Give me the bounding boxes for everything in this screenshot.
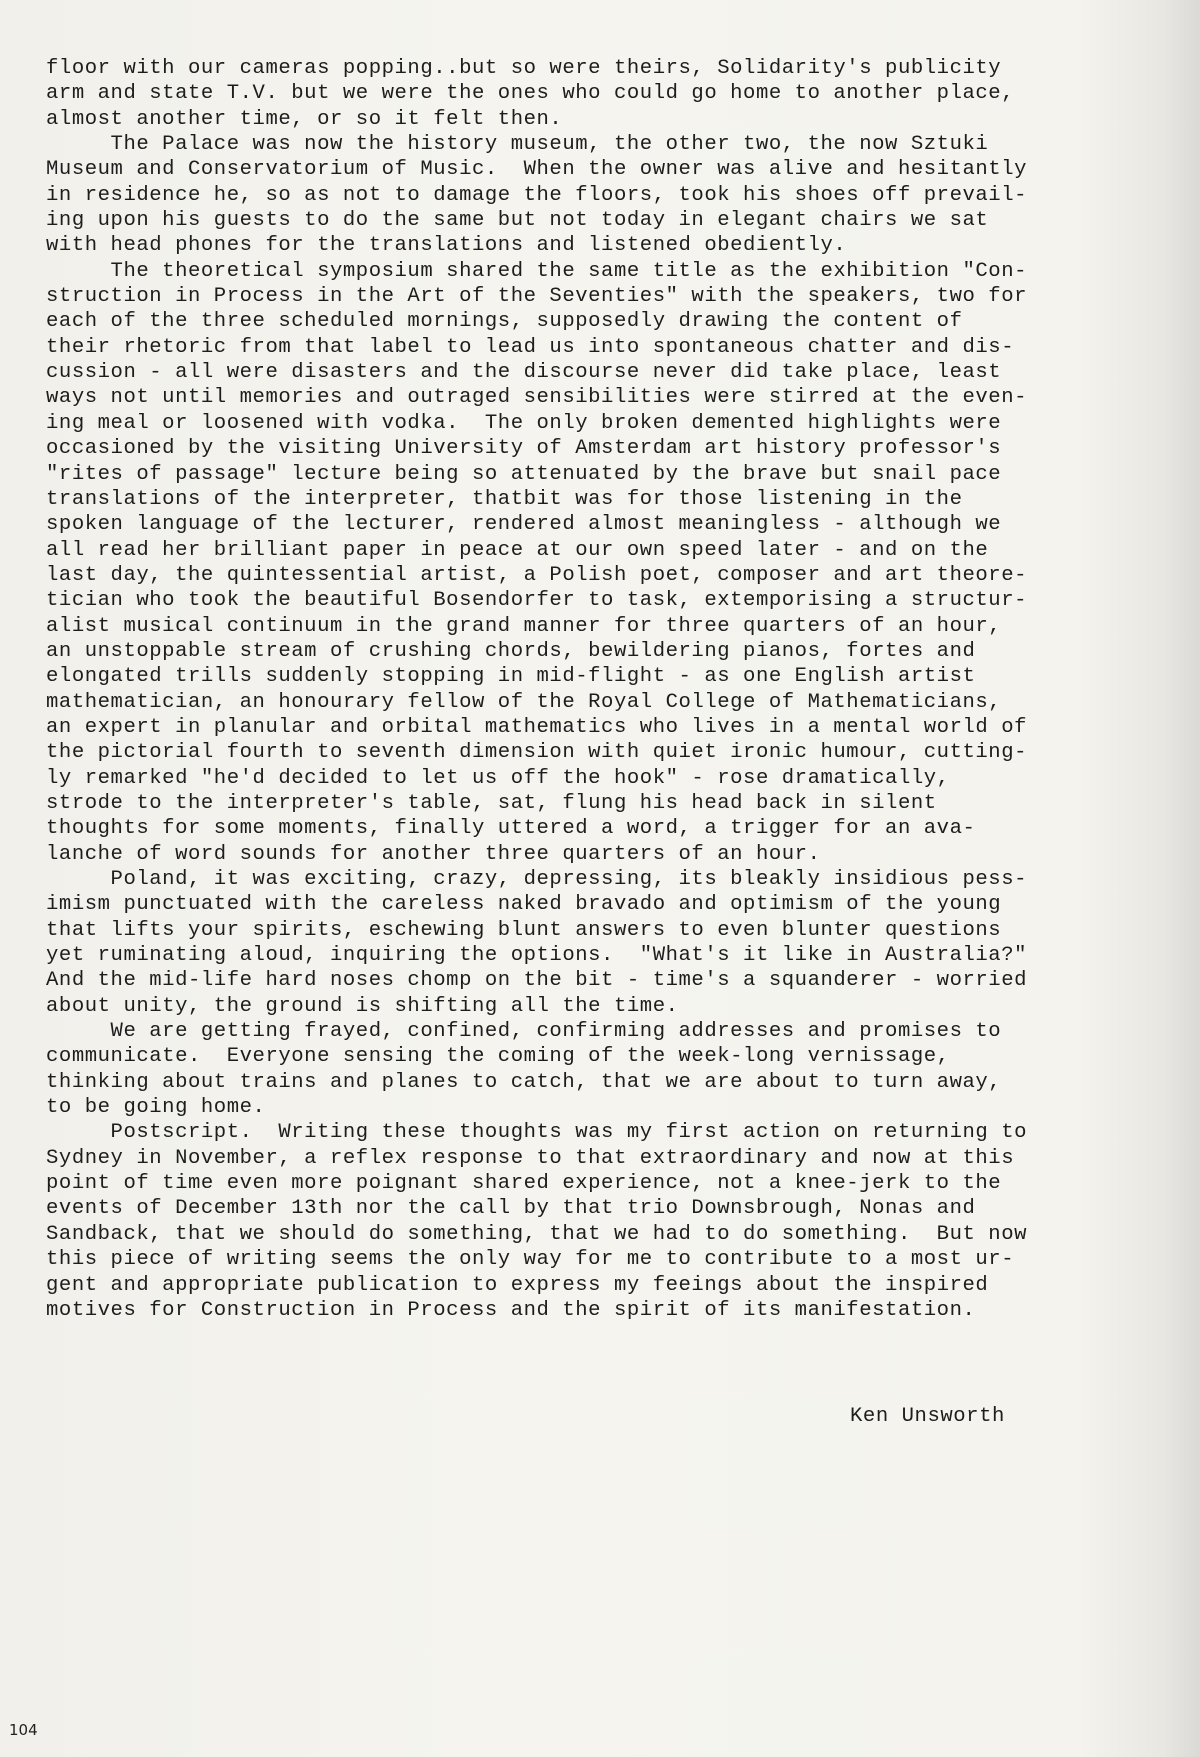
- text-line: with head phones for the translations an…: [46, 233, 1200, 258]
- text-line: an unstoppable stream of crushing chords…: [46, 639, 1200, 664]
- text-line: strode to the interpreter's table, sat, …: [46, 791, 1200, 816]
- text-line: floor with our cameras popping..but so w…: [46, 56, 1200, 81]
- document-page: floor with our cameras popping..but so w…: [0, 0, 1200, 1757]
- text-line: cussion - all were disasters and the dis…: [46, 360, 1200, 385]
- text-line: events of December 13th nor the call by …: [46, 1196, 1200, 1221]
- text-line: an expert in planular and orbital mathem…: [46, 715, 1200, 740]
- text-line: We are getting frayed, confined, confirm…: [46, 1019, 1200, 1044]
- text-line: their rhetoric from that label to lead u…: [46, 335, 1200, 360]
- author-signature: Ken Unsworth: [850, 1405, 1005, 1428]
- text-line: all read her brilliant paper in peace at…: [46, 538, 1200, 563]
- text-line: And the mid-life hard noses chomp on the…: [46, 968, 1200, 993]
- text-line: that lifts your spirits, eschewing blunt…: [46, 918, 1200, 943]
- text-line: ly remarked "he'd decided to let us off …: [46, 766, 1200, 791]
- text-line: tician who took the beautiful Bosendorfe…: [46, 588, 1200, 613]
- text-line: Poland, it was exciting, crazy, depressi…: [46, 867, 1200, 892]
- text-line: thoughts for some moments, finally utter…: [46, 816, 1200, 841]
- text-line: thinking about trains and planes to catc…: [46, 1070, 1200, 1095]
- text-line: Sandback, that we should do something, t…: [46, 1222, 1200, 1247]
- text-line: last day, the quintessential artist, a P…: [46, 563, 1200, 588]
- article-body: floor with our cameras popping..but so w…: [46, 56, 1200, 1323]
- text-line: "rites of passage" lecture being so atte…: [46, 462, 1200, 487]
- text-line: Postscript. Writing these thoughts was m…: [46, 1120, 1200, 1145]
- text-line: elongated trills suddenly stopping in mi…: [46, 664, 1200, 689]
- text-line: almost another time, or so it felt then.: [46, 107, 1200, 132]
- text-line: yet ruminating aloud, inquiring the opti…: [46, 943, 1200, 968]
- text-line: gent and appropriate publication to expr…: [46, 1273, 1200, 1298]
- text-line: Museum and Conservatorium of Music. When…: [46, 157, 1200, 182]
- text-line: to be going home.: [46, 1095, 1200, 1120]
- text-line: The theoretical symposium shared the sam…: [46, 259, 1200, 284]
- text-line: alist musical continuum in the grand man…: [46, 614, 1200, 639]
- text-line: ing meal or loosened with vodka. The onl…: [46, 411, 1200, 436]
- text-line: ing upon his guests to do the same but n…: [46, 208, 1200, 233]
- text-line: mathematician, an honourary fellow of th…: [46, 690, 1200, 715]
- text-line: imism punctuated with the careless naked…: [46, 892, 1200, 917]
- text-line: spoken language of the lecturer, rendere…: [46, 512, 1200, 537]
- text-line: Sydney in November, a reflex response to…: [46, 1146, 1200, 1171]
- text-line: lanche of word sounds for another three …: [46, 842, 1200, 867]
- text-line: arm and state T.V. but we were the ones …: [46, 81, 1200, 106]
- text-line: translations of the interpreter, thatbit…: [46, 487, 1200, 512]
- text-line: ways not until memories and outraged sen…: [46, 385, 1200, 410]
- text-line: occasioned by the visiting University of…: [46, 436, 1200, 461]
- text-line: the pictorial fourth to seventh dimensio…: [46, 740, 1200, 765]
- text-line: in residence he, so as not to damage the…: [46, 183, 1200, 208]
- text-line: The Palace was now the history museum, t…: [46, 132, 1200, 157]
- text-line: communicate. Everyone sensing the coming…: [46, 1044, 1200, 1069]
- text-line: about unity, the ground is shifting all …: [46, 994, 1200, 1019]
- text-line: struction in Process in the Art of the S…: [46, 284, 1200, 309]
- text-line: motives for Construction in Process and …: [46, 1298, 1200, 1323]
- text-line: each of the three scheduled mornings, su…: [46, 309, 1200, 334]
- text-line: this piece of writing seems the only way…: [46, 1247, 1200, 1272]
- text-line: point of time even more poignant shared …: [46, 1171, 1200, 1196]
- page-number: 104: [9, 1721, 38, 1739]
